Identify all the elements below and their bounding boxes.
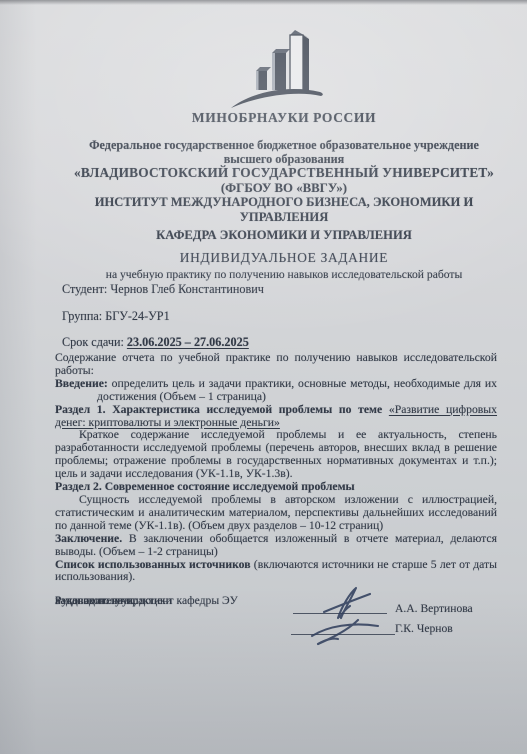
conclusion-text: В заключении обобщается изложенный в отч… [55, 532, 497, 558]
student-name: Чернов Глеб Константинович [110, 282, 264, 296]
section1-label: Раздел 1. Характеристика исследуемой про… [55, 403, 382, 416]
letterhead: МИНОБРНАУКИ РОССИИ Федеральное государст… [58, 110, 510, 281]
group-label: Группа: [62, 309, 102, 323]
section1-heading: Раздел 1. Характеристика исследуемой про… [55, 404, 497, 430]
org-name-line-1: Федеральное государственное бюджетное об… [58, 139, 510, 153]
ministry-line: МИНОБРНАУКИ РОССИИ [58, 110, 510, 126]
introduction-paragraph: Введение: определить цель и задачи практ… [55, 378, 497, 404]
handwritten-signatures-icon [280, 584, 450, 648]
org-name-line-2: высшего образования [58, 153, 510, 167]
university-abbreviation: (ФГБОУ ВО «ВВГУ») [58, 181, 510, 196]
document-photo: МИНОБРНАУКИ РОССИИ Федеральное государст… [0, 0, 527, 754]
institute-name: ИНСТИТУТ МЕЖДУНАРОДНОГО БИЗНЕСА, ЭКОНОМИ… [58, 195, 510, 225]
introduction-text: определить цель и задачи практики, основ… [97, 377, 497, 403]
contents-intro: Содержание отчета по учебной практике по… [55, 352, 497, 378]
student-line: Студент: Чернов Глеб Константинович [62, 283, 264, 297]
section1-description: Краткое содержание исследуемой проблемы … [55, 429, 497, 481]
sources-label: Список использованных источников [55, 558, 251, 571]
deadline-value: 23.06.2025 – 27.06.2025 [127, 335, 249, 349]
assignment-contents: Содержание отчета по учебной практике по… [55, 352, 497, 584]
section2-description: Сущность исследуемой проблемы в авторско… [55, 494, 497, 533]
document-title: ИНДИВИДУАЛЬНОЕ ЗАДАНИЕ [58, 250, 510, 266]
document-subtitle: на учебную практику по получению навыков… [58, 268, 510, 281]
department-name: КАФЕДРА ЭКОНОМИКИ И УПРАВЛЕНИЯ [58, 228, 510, 243]
university-buildings-logo-icon [228, 27, 328, 119]
deadline-line: Срок сдачи: 23.06.2025 – 27.06.2025 [62, 336, 264, 350]
conclusion-label: Заключение. [55, 532, 122, 545]
sources-paragraph: Список использованных источников (включа… [55, 559, 497, 585]
deadline-label: Срок сдачи: [62, 335, 124, 349]
signature-block: Руководители практики канд. экон. наук, … [55, 594, 505, 674]
conclusion-paragraph: Заключение. В заключении обобщается изло… [55, 533, 497, 559]
group-value: БГУ-24-УР1 [105, 309, 169, 323]
student-label: Студент: [62, 282, 107, 296]
introduction-label: Введение: [55, 377, 108, 390]
university-name: «ВЛАДИВОСТОКСКИЙ ГОСУДАРСТВЕННЫЙ УНИВЕРС… [58, 166, 510, 181]
received-label: Задание получил: [55, 594, 142, 607]
document-page: МИНОБРНАУКИ РОССИИ Федеральное государст… [0, 0, 527, 754]
group-line: Группа: БГУ-24-УР1 [62, 310, 264, 324]
